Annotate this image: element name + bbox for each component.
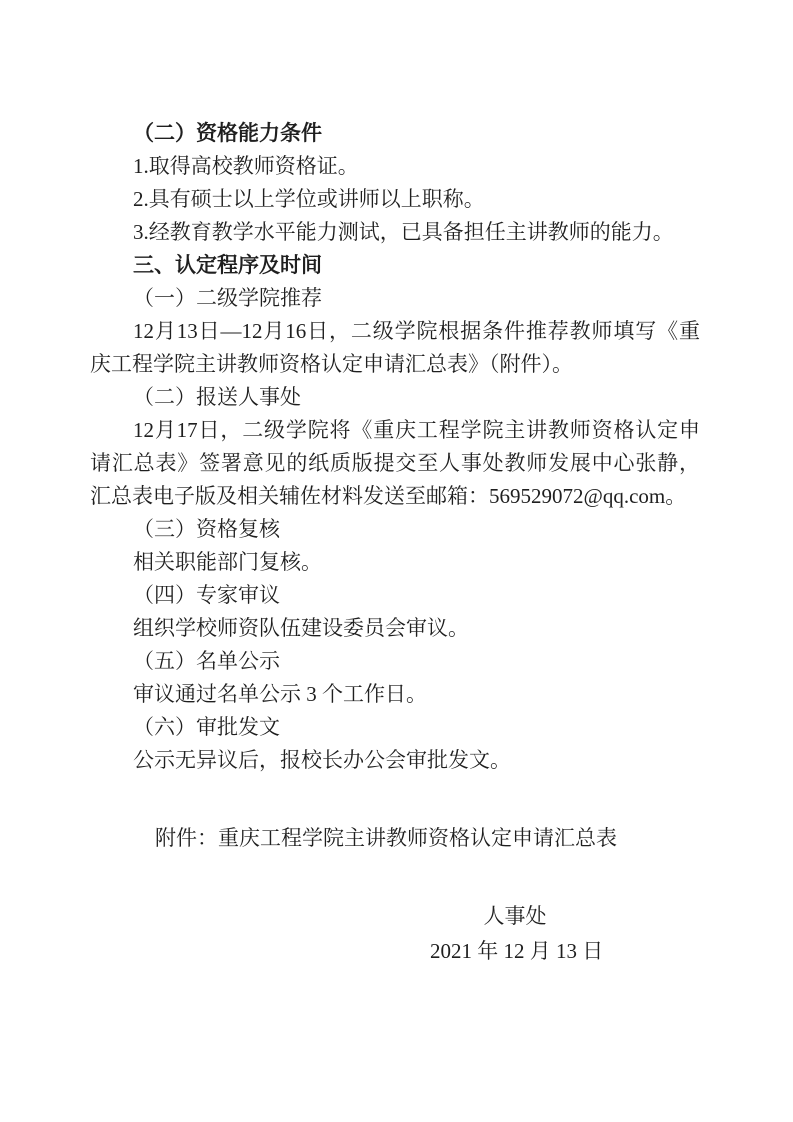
step-4-text: 组织学校师资队伍建设委员会审议。 bbox=[90, 612, 700, 645]
step-6-title: （六）审批发文 bbox=[90, 711, 700, 744]
document-page: （二）资格能力条件 1.取得高校教师资格证。 2.具有硕士以上学位或讲师以上职称… bbox=[0, 0, 793, 1122]
condition-item-3: 3.经教育教学水平能力测试，已具备担任主讲教师的能力。 bbox=[90, 216, 700, 249]
attachment-line: 附件：重庆工程学院主讲教师资格认定申请汇总表 bbox=[90, 822, 700, 855]
signature-department: 人事处 bbox=[430, 899, 600, 934]
document-body: （二）资格能力条件 1.取得高校教师资格证。 2.具有硕士以上学位或讲师以上职称… bbox=[90, 117, 700, 969]
signature-date: 2021 年 12 月 13 日 bbox=[430, 934, 600, 969]
step-1-text-line-1: 12月13日—12月16日，二级学院根据条件推荐教师填写《重 bbox=[90, 315, 700, 348]
step-2-text-line-2: 请汇总表》签署意见的纸质版提交至人事处教师发展中心张静， bbox=[90, 447, 700, 480]
condition-item-1: 1.取得高校教师资格证。 bbox=[90, 150, 700, 183]
step-2-title: （二）报送人事处 bbox=[90, 381, 700, 414]
condition-item-2: 2.具有硕士以上学位或讲师以上职称。 bbox=[90, 183, 700, 216]
step-5-text: 审议通过名单公示 3 个工作日。 bbox=[90, 678, 700, 711]
step-4-title: （四）专家审议 bbox=[90, 579, 700, 612]
step-5-title: （五）名单公示 bbox=[90, 645, 700, 678]
signature-block: 人事处 2021 年 12 月 13 日 bbox=[430, 899, 600, 969]
step-1-title: （一）二级学院推荐 bbox=[90, 282, 700, 315]
step-6-text: 公示无异议后，报校长办公会审批发文。 bbox=[90, 744, 700, 777]
heading-procedure-and-time: 三、认定程序及时间 bbox=[90, 249, 700, 282]
heading-qualification-conditions: （二）资格能力条件 bbox=[90, 117, 700, 150]
step-2-text-line-3: 汇总表电子版及相关辅佐材料发送至邮箱：569529072@qq.com。 bbox=[90, 480, 700, 513]
step-3-text: 相关职能部门复核。 bbox=[90, 546, 700, 579]
step-2-text-line-1: 12月17日，二级学院将《重庆工程学院主讲教师资格认定申 bbox=[90, 414, 700, 447]
step-1-text-line-2: 庆工程学院主讲教师资格认定申请汇总表》（附件）。 bbox=[90, 348, 700, 381]
step-3-title: （三）资格复核 bbox=[90, 513, 700, 546]
